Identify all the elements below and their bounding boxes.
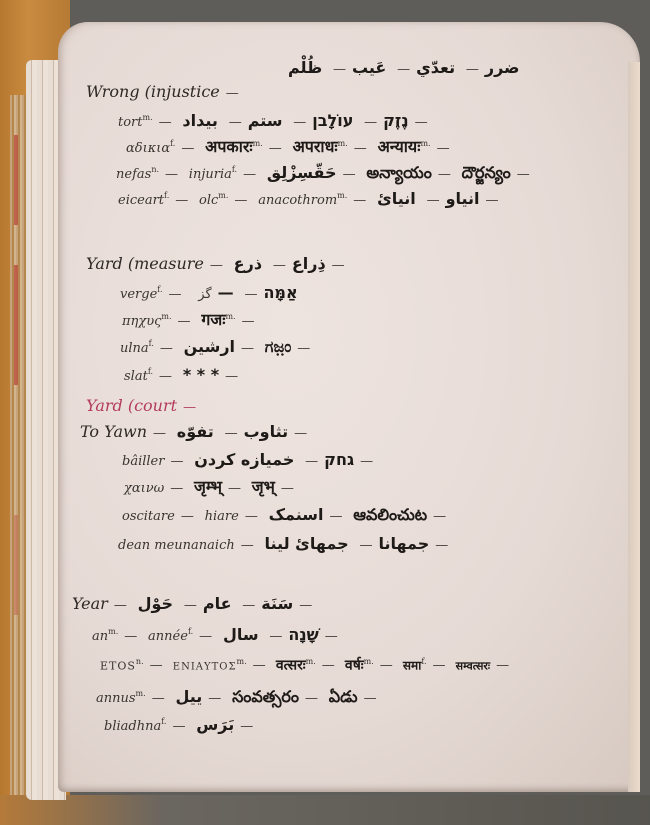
french-term: an	[92, 629, 108, 644]
separator: —	[517, 167, 530, 182]
gender-mark: m.	[143, 113, 153, 122]
separator: —	[153, 426, 166, 441]
separator: —	[496, 658, 509, 673]
entry-line: eiceartf.— olcm.— anacothromm.— انیاو— ا…	[118, 186, 505, 211]
separator: —	[273, 258, 286, 273]
separator: —	[322, 658, 335, 673]
separator: —	[269, 141, 282, 156]
telugu-term: ఆవలించుట	[353, 505, 427, 524]
separator: —	[325, 629, 338, 644]
arabic-term: تفوّه	[177, 422, 214, 441]
arabic-term: عَيب	[352, 58, 386, 77]
separator: —	[226, 86, 239, 101]
persian-term: بيداد	[182, 111, 217, 130]
separator: —	[329, 509, 342, 524]
telugu-term: ఏడు	[329, 687, 358, 706]
separator: —	[241, 341, 254, 356]
latin-term: oscitare	[122, 509, 175, 524]
arabic-term: تعدّي	[416, 58, 455, 77]
telugu-term: ಗಜ಼ಂ	[265, 337, 292, 356]
separator: —	[234, 193, 247, 208]
arabic-term: ضرر	[485, 58, 520, 77]
entry-line: χαινω— जृम्भ्— जृभ्—	[124, 477, 300, 499]
separator: —	[152, 691, 165, 706]
entry-line: ETOSn.— ΕΝΙΑΥΤΟΣm.— वत्सरःm.— वर्षःm.— स…	[100, 652, 515, 677]
manuscript-page: ضرر— تعدّي— عَيب— ظُلْم Wrong (injustice…	[58, 22, 640, 792]
sanskrit-term: जृम्भ्	[194, 477, 222, 496]
arabic-term: سَنَة	[261, 594, 293, 613]
entry-line: annusm.— ییل— సంవత్సరం— ఏడు—	[96, 684, 383, 709]
sanskrit-term: जृभ्	[252, 477, 275, 496]
gender-mark: f.	[232, 165, 237, 174]
latin-term: injuria	[189, 167, 232, 182]
hebrew-term: אַמָּה	[263, 283, 297, 302]
separator: —	[124, 629, 137, 644]
separator: —	[299, 598, 312, 613]
sanskrit-term: अपकारः	[205, 137, 253, 156]
separator: —	[253, 658, 266, 673]
separator: —	[208, 691, 221, 706]
latin-term: annus	[96, 691, 136, 706]
french-term: verge	[120, 287, 157, 302]
sanskrit-term: सम्वत्सरः	[456, 659, 490, 672]
persian-term: خميازه كردن	[194, 450, 294, 469]
turkish-term: حَقّسِزْلِق	[267, 163, 337, 182]
entry-headword: Yard (court	[86, 396, 177, 415]
separator: —	[245, 509, 258, 524]
separator: —	[415, 115, 428, 130]
entry-line: nefasn.— injuriaf.— حَقّسِزْلِق— అన్యాయం…	[116, 160, 536, 185]
greek-term: πηχυς	[122, 314, 161, 329]
greek-term: ΕΝΙΑΥΤΟΣ	[173, 661, 237, 672]
sanskrit-term: गजः	[201, 310, 225, 329]
separator: —	[354, 141, 367, 156]
separator: —	[437, 141, 450, 156]
entry-line: ضرر— تعدّي— عَيب— ظُلْم	[288, 58, 519, 80]
sanskrit-term: अन्यायः	[378, 137, 421, 156]
gender-mark: f.	[164, 191, 169, 200]
turkish-term: ارشين	[184, 337, 235, 356]
separator: —	[240, 719, 253, 734]
hebrew-term: גחק	[324, 450, 354, 469]
gender-mark: f.	[421, 657, 426, 666]
entry-line: ulnaf.— ارشين— ಗಜ಼ಂ—	[120, 334, 316, 359]
separator: —	[243, 167, 256, 182]
arabic-term: ذرع	[234, 254, 262, 273]
gender-mark: m.	[108, 627, 118, 636]
turkish-term: ییل	[175, 687, 202, 706]
separator: —	[359, 538, 372, 553]
separator: —	[269, 629, 282, 644]
gender-mark: m.	[253, 139, 263, 148]
entry-headword: To Yawn	[80, 422, 147, 441]
gender-mark: n.	[136, 657, 144, 666]
entry-line: bliadhnaf.— بَرَس—	[104, 712, 259, 737]
separator: —	[228, 481, 241, 496]
entry-heading-line: Year— سَنَة— عام— حَوْل—	[72, 594, 318, 616]
separator: —	[229, 115, 242, 130]
gaelic-term: eiceart	[118, 193, 164, 208]
hindustani-term: انیائ	[377, 189, 416, 208]
entry-headword: Wrong (injustice	[86, 82, 220, 101]
gaelic-term: olc	[199, 193, 218, 208]
sanskrit-term: अपराधः	[293, 137, 338, 156]
entry-line: To Yawn— تثاوب— تفوّه—	[80, 422, 313, 444]
greek-term: ETOS	[100, 659, 136, 672]
separator: —	[169, 287, 182, 302]
entry-line: slatf.— * * *—	[124, 362, 244, 387]
entry-line: anm.— annéef.— שָׁנָה— سال—	[92, 622, 344, 647]
separator: —	[397, 62, 410, 77]
separator: —	[150, 658, 163, 673]
sanskrit-term: वर्षः	[345, 657, 364, 673]
separator: —	[486, 193, 499, 208]
arabic-term: ذِراع	[292, 254, 326, 273]
entry-line: oscitare— hiare— اسنمک— ఆవలించుట—	[122, 505, 452, 527]
separator: —	[466, 62, 479, 77]
page-fore-edge	[628, 62, 640, 792]
gender-mark: f.	[188, 627, 193, 636]
persian-term: سال	[223, 625, 259, 644]
separator: —	[364, 691, 377, 706]
gender-mark: m.	[306, 657, 316, 666]
arabic-term: عام	[203, 594, 232, 613]
separator: —	[172, 719, 185, 734]
separator: —	[181, 509, 194, 524]
separator: —	[199, 629, 212, 644]
gaelic-term: slat	[124, 369, 148, 384]
separator: —	[297, 341, 310, 356]
separator: —	[305, 454, 318, 469]
separator: —	[305, 691, 318, 706]
sanskrit-term: वत्सरः	[276, 657, 306, 673]
red-page-edge-band	[14, 265, 18, 385]
separator: —	[343, 167, 356, 182]
entry-line: αδικιαf.— अपकारःm.— अपराधःm.— अन्यायःm.—	[126, 134, 456, 159]
gender-mark: m.	[338, 139, 348, 148]
separator: —	[242, 598, 255, 613]
entry-headword: Yard (measure	[86, 254, 204, 273]
turkish-term: اسنمک	[269, 505, 324, 524]
red-page-edge-band	[14, 135, 18, 225]
separator: —	[170, 454, 183, 469]
desk-edge	[0, 795, 650, 825]
gaelic-term: dean meunanaich	[118, 538, 235, 553]
arabic-term: حَوْل	[138, 594, 173, 613]
gender-mark: m.	[225, 312, 235, 321]
entry-line: vergef.— אַמָּה— —گز	[120, 280, 298, 305]
gender-mark: m.	[218, 191, 228, 200]
hindustani-term: بَرَس	[196, 715, 234, 734]
separator: —	[333, 62, 346, 77]
gender-mark: f.	[161, 717, 166, 726]
entry-heading-line: Yard (court—	[86, 396, 202, 418]
persian-term: ستم	[248, 111, 283, 130]
entry-line: tortm.— נֶזֶק— עוֹלָבן— ستم— بيداد—	[118, 108, 434, 133]
entry-headword: Year	[72, 594, 108, 613]
separator: —	[293, 115, 306, 130]
gender-mark: m.	[337, 191, 347, 200]
red-page-edge-band	[14, 515, 18, 615]
persian-term: —	[218, 283, 234, 302]
gender-mark: f.	[149, 339, 154, 348]
separator: —	[242, 314, 255, 329]
separator: —	[178, 314, 191, 329]
separator: —	[353, 193, 366, 208]
gender-mark: f.	[148, 367, 153, 376]
separator: —	[364, 115, 377, 130]
greek-term: αδικια	[126, 141, 170, 156]
separator: —	[210, 258, 223, 273]
gender-mark: f.	[157, 285, 162, 294]
separator: —	[170, 481, 183, 496]
latin-term: ulna	[120, 341, 149, 356]
telugu-term: సంవత్సరం	[232, 687, 299, 706]
latin-term: nefas	[116, 167, 151, 182]
entry-line: πηχυςm.— गजःm.—	[122, 307, 261, 332]
gender-mark: m.	[237, 657, 247, 666]
separator: —	[225, 369, 238, 384]
french-term: bâiller	[122, 454, 164, 469]
separator: —	[435, 538, 448, 553]
french-term: année	[148, 629, 188, 644]
hebrew-term: שָׁנָה	[288, 625, 318, 644]
hebrew-term: עוֹלָבן	[312, 111, 353, 130]
asterisk-placeholder: * * *	[183, 365, 219, 384]
separator: —	[380, 658, 393, 673]
gender-mark: m.	[136, 689, 146, 698]
separator: —	[160, 341, 173, 356]
separator: —	[165, 167, 178, 182]
entry-line: dean meunanaich— جمهانا— جمهائ لينا—	[118, 534, 454, 556]
hindustani-term: انیاو	[446, 189, 480, 208]
separator: —	[360, 454, 373, 469]
separator: —	[332, 258, 345, 273]
hindustani-term: جمهانا	[378, 534, 429, 553]
entry-heading-line: Wrong (injustice—	[86, 82, 245, 104]
separator: —	[433, 658, 446, 673]
gender-mark: m.	[364, 657, 374, 666]
separator: —	[181, 141, 194, 156]
separator: —	[175, 193, 188, 208]
separator: —	[281, 481, 294, 496]
entry-line: bâiller— גחק— خميازه كردن—	[122, 450, 379, 472]
sanskrit-term: समा	[403, 658, 421, 672]
separator: —	[159, 115, 172, 130]
separator: —	[241, 538, 254, 553]
arabic-term: تثاوب	[244, 422, 289, 441]
latin-term: hiare	[205, 509, 239, 524]
separator: —	[433, 509, 446, 524]
separator: —	[159, 369, 172, 384]
telugu-term: అన్యాయం	[366, 163, 431, 182]
separator: —	[183, 400, 196, 415]
gaelic-term: anacothrom	[258, 193, 337, 208]
separator: —	[244, 287, 257, 302]
hebrew-term: נֶזֶק	[383, 111, 408, 130]
entry-heading-line: Yard (measure— ذِراع— ذرع—	[86, 254, 351, 276]
separator: —	[294, 426, 307, 441]
hindustani-term: جمهائ لينا	[265, 534, 349, 553]
gender-mark: m.	[420, 139, 430, 148]
separator: —	[114, 598, 127, 613]
separator: —	[427, 193, 440, 208]
separator: —	[225, 426, 238, 441]
separator: —	[184, 598, 197, 613]
gender-mark: m.	[161, 312, 171, 321]
separator: —	[438, 167, 451, 182]
telugu-term: దౌర్జన్యం	[462, 163, 511, 182]
greek-term: χαινω	[124, 481, 164, 496]
arabic-term: ظُلْم	[288, 58, 322, 77]
gender-mark: f.	[170, 139, 175, 148]
gaelic-term: bliadhna	[104, 719, 161, 734]
french-term: tort	[118, 115, 143, 130]
gender-mark: n.	[151, 165, 159, 174]
separator: گز	[198, 287, 211, 302]
